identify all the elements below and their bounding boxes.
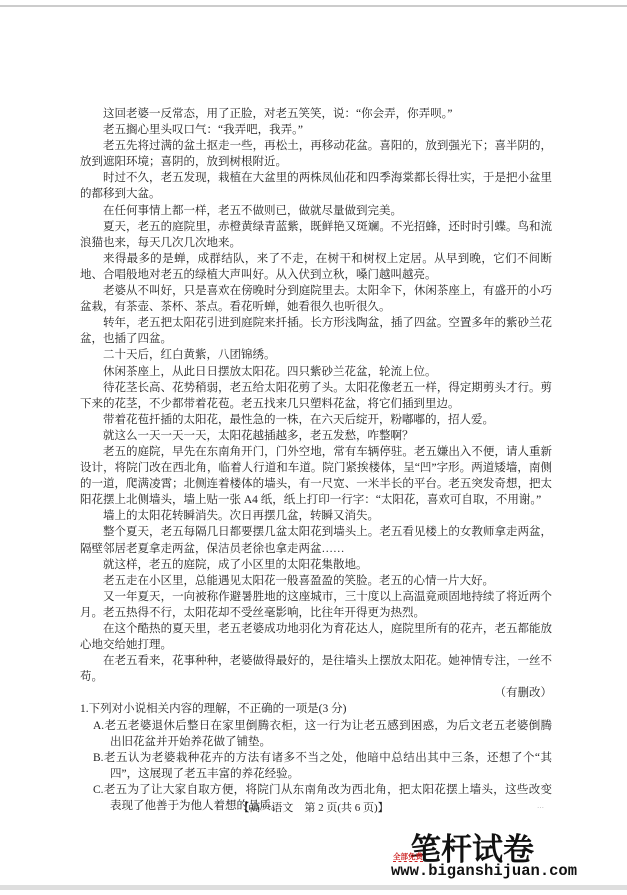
story-paragraph: 在这个酷热的夏天里，老五老婆成功地羽化为育花达人，庭院里所有的花卉，老五都能放心… [80, 621, 552, 653]
story-paragraph: 转年，老五把太阳花引进到庭院来扦插。长方形浅陶盆，插了四盆。空置多年的紫砂兰花盆… [80, 315, 552, 347]
story-paragraph: 就这么一天一天一天，太阳花越插越多，老五发愁，咋整啊？ [80, 428, 552, 444]
margin-smudge-mark: ⋯ [537, 804, 545, 812]
attribution-note: （有删改） [80, 685, 552, 701]
publisher-watermark: 笔杆试卷 全部免费 www.biganshijuan.com [388, 824, 603, 884]
story-paragraph: 老五搁心里头叹口气：“我弄吧，我弄。” [80, 122, 552, 138]
page-top-edge-line [0, 5, 627, 7]
story-paragraph: 又一年夏天，一向被称作避暑胜地的这座城市，三十度以上高温竟顽固地持续了将近两个月… [80, 589, 552, 621]
story-paragraph: 带着花苞扦插的太阳花，最性急的一株，在六天后绽开，粉嘟嘟的，招人爱。 [80, 412, 552, 428]
story-paragraph: 休闲茶座上，从此日日摆放太阳花。四只紫砂兰花盆，轮流上位。 [80, 364, 552, 380]
story-paragraph: 老五先将过满的盆土抠走一些，再松土，再移动花盆。喜阳的，放到强光下；喜半阴的，放… [80, 138, 552, 170]
bottom-scan-bar [0, 885, 627, 890]
story-paragraph: 在老五看来，花事种种，老婆做得最好的，是往墙头上摆放太阳花。她神情专注，一丝不苟… [80, 653, 552, 685]
story-paragraph: 夏天，老五的庭院里，赤橙黄绿青蓝紫，既鲜艳又斑斓。不光招蜂，还时时引蝶。鸟和流浪… [80, 219, 552, 251]
story-paragraph: 老婆从不叫好，只是喜欢在傍晚时分到庭院里去。太阳伞下，休闲茶座上，有盛开的小巧盆… [80, 283, 552, 315]
question-option: B.老五认为老婆栽种花卉的方法有诸多不当之处，他暗中总结出其中三条，还想了个“其… [80, 750, 552, 782]
publisher-free-label: 全部免费 [393, 853, 423, 862]
story-paragraph: 整个夏天，老五每隔几日都要摆几盆太阳花到墙头上。老五看见楼上的女教师拿走两盆，隔… [80, 524, 552, 556]
publisher-url: www.biganshijuan.com [391, 862, 577, 880]
story-paragraph: 二十天后，红白黄紫，八团锦绣。 [80, 347, 552, 363]
story-paragraph: 时过不久，老五发现，栽植在大盆里的两株凤仙花和四季海棠都长得壮实，于是把小盆里的… [80, 170, 552, 202]
story-paragraph: 就这样，老五的庭院，成了小区里的太阳花集散地。 [80, 557, 552, 573]
story-paragraph: 墙上的太阳花转瞬消失。次日再摆几盆，转瞬又消失。 [80, 508, 552, 524]
story-paragraph: 老五走在小区里，总能遇见太阳花一般喜盈盈的笑脸。老五的心情一片大好。 [80, 573, 552, 589]
story-paragraph: 待花茎长高、花势稍弱，老五给太阳花剪了头。太阳花像老五一样，得定期剪头才行。剪下… [80, 380, 552, 412]
story-paragraph: 老五的庭院，早先在东南角开门，门外空地，常有车辆停驻。老五嫌出入不便，请人重新设… [80, 444, 552, 508]
page-footer: 【高一语文 第 2 页(共 6 页)】 [0, 799, 627, 815]
story-paragraph: 这回老婆一反常态，用了正脸，对老五笑笑，说：“你会弄，你弄呗。” [80, 106, 552, 122]
story-paragraph: 来得最多的是蝉，成群结队，来了不走，在树干和树杈上定居。从早到晚，它们不间断地、… [80, 251, 552, 283]
exam-page-content: 这回老婆一反常态，用了正脸，对老五笑笑，说：“你会弄，你弄呗。”老五搁心里头叹口… [80, 106, 552, 814]
story-text-block: 这回老婆一反常态，用了正脸，对老五笑笑，说：“你会弄，你弄呗。”老五搁心里头叹口… [80, 106, 552, 685]
story-paragraph: 在任何事情上都一样，老五不做则已，做就尽量做到完美。 [80, 203, 552, 219]
question-option: A.老五老婆退休后整日在家里倒腾衣柜，这一行为让老五感到困惑，为后文老五老婆倒腾… [80, 718, 552, 750]
question-1-stem: 1.下列对小说相关内容的理解，不正确的一项是(3 分) [80, 701, 552, 717]
